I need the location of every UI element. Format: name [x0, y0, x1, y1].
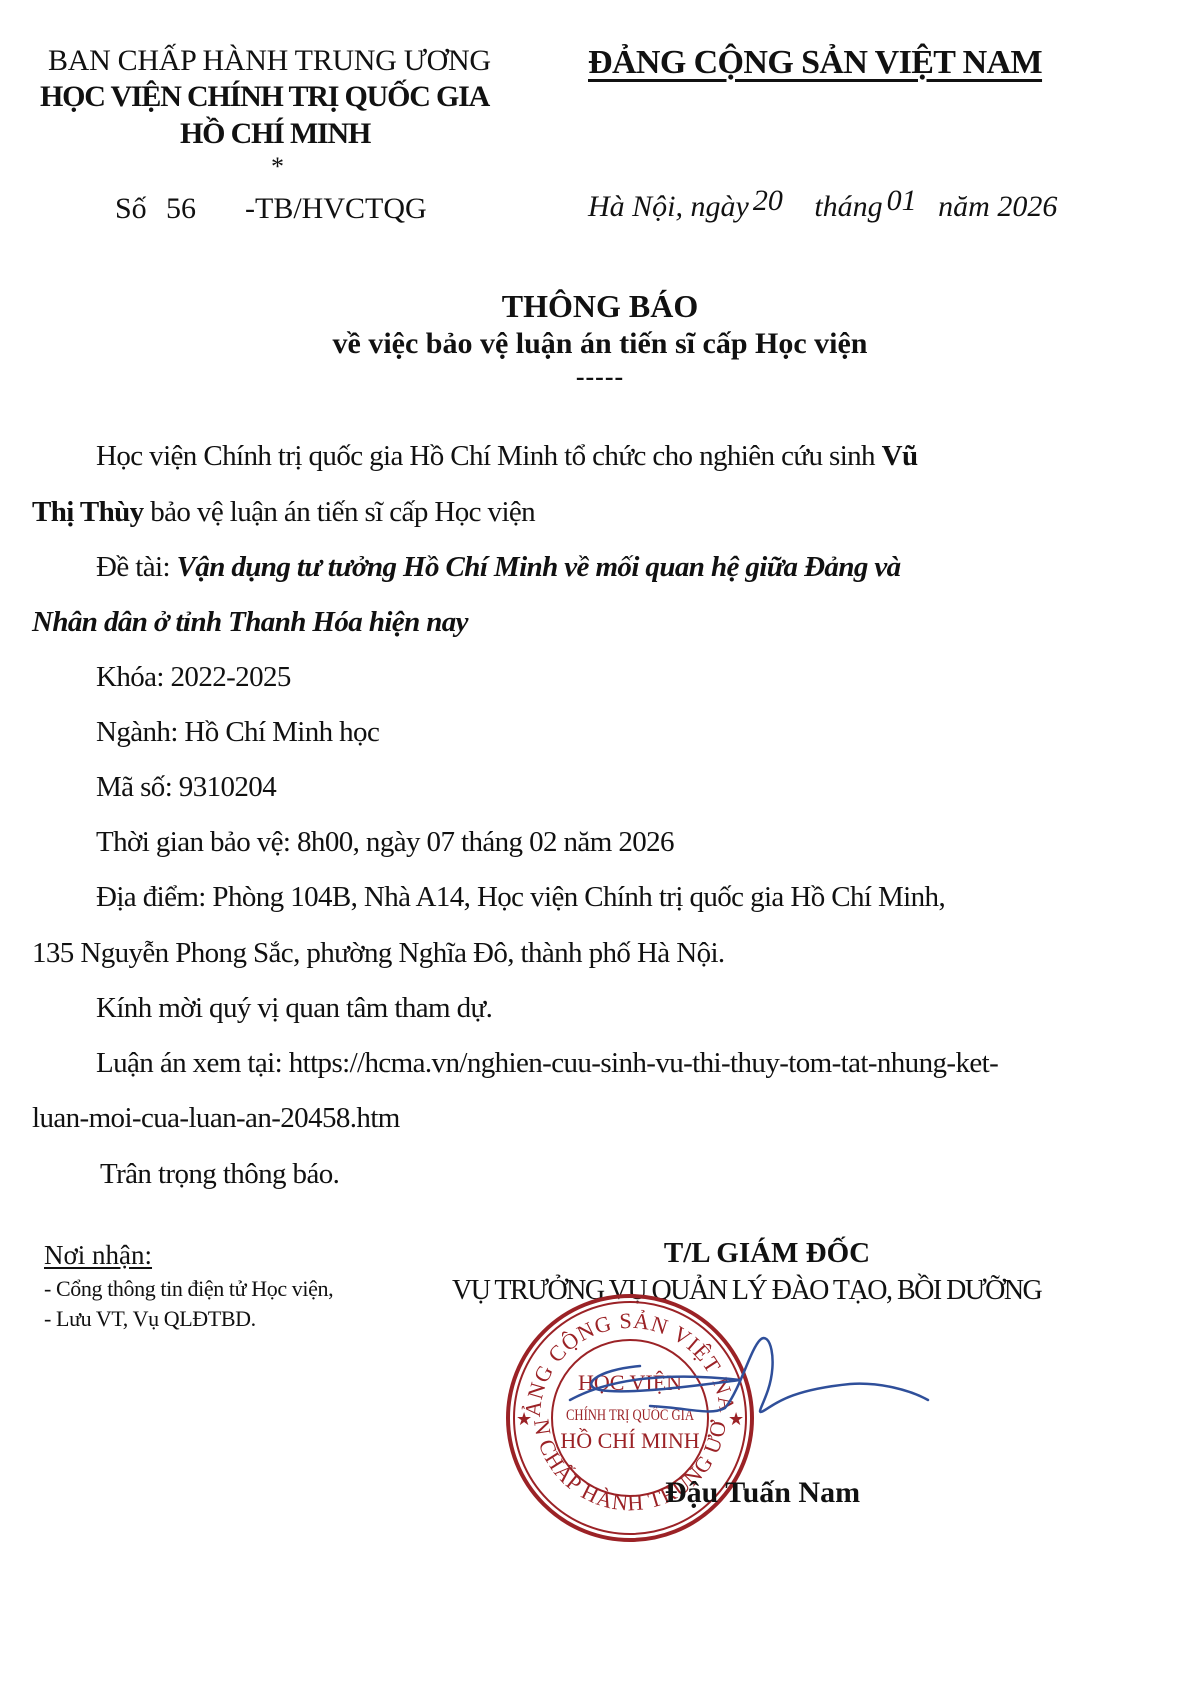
location-line1: Địa điểm: Phòng 104B, Nhà A14, Học viện … [96, 881, 945, 914]
recipient-item: - Cổng thông tin điện tử Học viện, [44, 1276, 333, 1302]
topic-line2: Nhân dân ở tỉnh Thanh Hóa hiện nay [32, 606, 468, 639]
intro-line2: Thị Thùy bảo vệ luận án tiến sĩ cấp Học … [32, 496, 535, 529]
topic-line1: Đề tài: Vận dụng tư tưởng Hồ Chí Minh về… [96, 551, 901, 584]
thesis-url-part1[interactable]: https://hcma.vn/nghien-cuu-sinh-vu-thi-t… [289, 1047, 998, 1079]
party-name-heading: ĐẢNG CỘNG SẢN VIỆT NAM [588, 44, 1042, 82]
intro-text-2: bảo vệ luận án tiến sĩ cấp Học viện [144, 496, 536, 528]
date-month: 01 [887, 184, 917, 217]
thesis-url-part2[interactable]: luan-moi-cua-luan-an-20458.htm [32, 1102, 400, 1135]
document-number-value: 56 [166, 192, 196, 226]
intro-line1: Học viện Chính trị quốc gia Hồ Chí Minh … [96, 440, 917, 473]
on-behalf-title: T/L GIÁM ĐỐC [0, 1237, 1200, 1270]
candidate-name-part1: Vũ [882, 440, 918, 472]
location-line2: 135 Nguyễn Phong Sắc, phường Nghĩa Đô, t… [32, 937, 725, 970]
date-month-label: tháng [814, 190, 882, 223]
handwritten-signature [550, 1330, 930, 1480]
signer-name: Đậu Tuấn Nam [665, 1476, 860, 1510]
star-separator: * [271, 152, 284, 182]
recipient-item: - Lưu VT, Vụ QLĐTBD. [44, 1306, 256, 1332]
academy-name-line2: HỒ CHÍ MINH [180, 117, 370, 151]
thesis-link-line1: Luận án xem tại: https://hcma.vn/nghien-… [96, 1047, 998, 1080]
topic-title-part2: Nhân dân ở tỉnh Thanh Hóa hiện nay [32, 606, 468, 638]
candidate-name-part2: Thị Thùy [32, 496, 144, 528]
thesis-link-label: Luận án xem tại: [96, 1047, 289, 1079]
closing-line: Trân trọng thông báo. [100, 1158, 339, 1191]
topic-label: Đề tài: [96, 551, 177, 583]
document-subtitle: về việc bảo vệ luận án tiến sĩ cấp Học v… [0, 327, 1200, 361]
date-prefix: Hà Nội, ngày [588, 190, 749, 223]
intro-text: Học viện Chính trị quốc gia Hồ Chí Minh … [96, 440, 882, 472]
document-title: THÔNG BÁO [0, 288, 1200, 325]
major-line: Ngành: Hồ Chí Minh học [96, 716, 379, 749]
topic-title-part1: Vận dụng tư tưởng Hồ Chí Minh về mối qua… [177, 551, 901, 583]
document-number-suffix: -TB/HVCTQG [245, 192, 427, 226]
title-separator: ----- [0, 362, 1200, 392]
date-day: 20 [753, 184, 783, 217]
document-number-label: Số [115, 192, 147, 226]
central-committee-heading: BAN CHẤP HÀNH TRUNG ƯƠNG [48, 44, 491, 78]
invitation-line: Kính mời quý vị quan tâm tham dự. [96, 992, 492, 1025]
seal-star-left-icon: ★ [516, 1409, 532, 1429]
defense-time-line: Thời gian bảo vệ: 8h00, ngày 07 tháng 02… [96, 826, 674, 859]
code-line: Mã số: 9310204 [96, 771, 276, 804]
document-date: Hà Nội, ngày20 tháng01 năm 2026 [588, 190, 1057, 224]
date-year: năm 2026 [938, 190, 1057, 223]
academy-name-line1: HỌC VIỆN CHÍNH TRỊ QUỐC GIA [40, 80, 489, 114]
cohort-line: Khóa: 2022-2025 [96, 661, 291, 694]
